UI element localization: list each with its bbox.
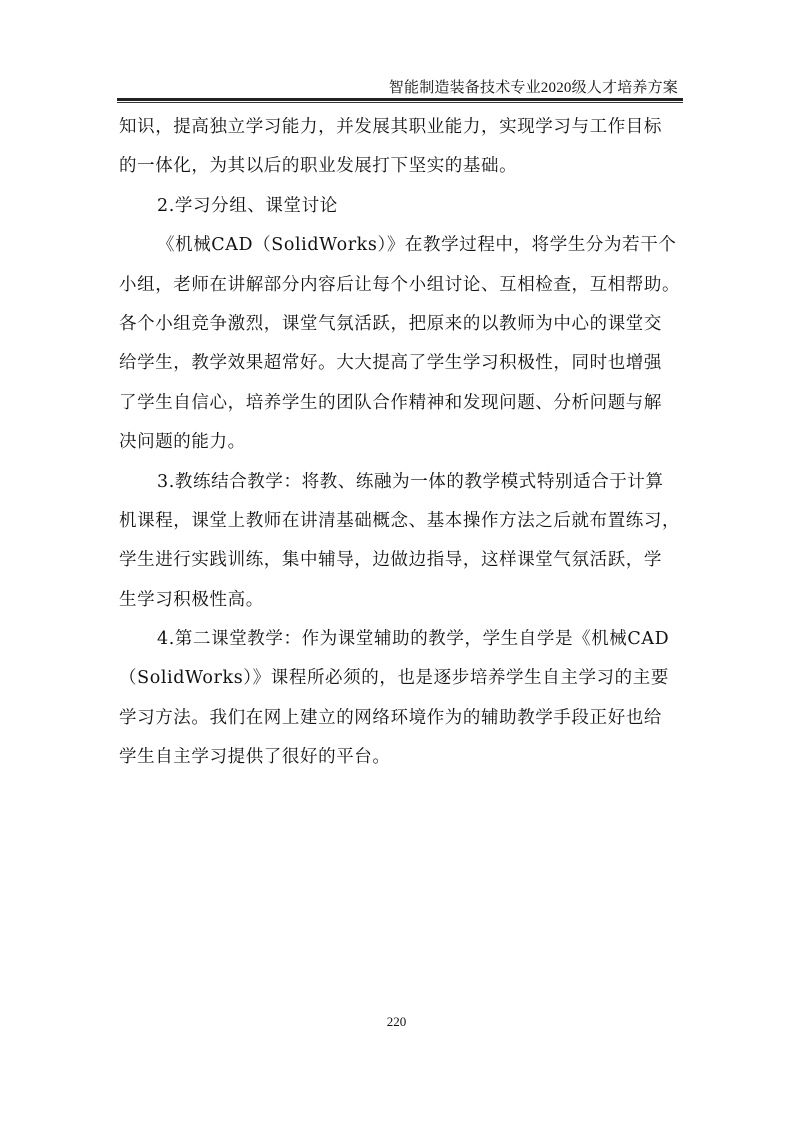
text-line: 4.第二课堂教学：作为课堂辅助的教学，学生自学是《机械CAD (119, 620, 679, 659)
text-line: 《机械CAD（SolidWorks）》在教学过程中，将学生分为若干个 (119, 226, 679, 265)
text-line: 的一体化，为其以后的职业发展打下坚实的基础。 (119, 147, 679, 186)
page-body: 知识，提高独立学习能力，并发展其职业能力，实现学习与工作目标 的一体化，为其以后… (119, 108, 679, 778)
text-line: 知识，提高独立学习能力，并发展其职业能力，实现学习与工作目标 (119, 108, 679, 147)
text-line: 学习方法。我们在网上建立的网络环境作为的辅助教学手段正好也给 (119, 699, 679, 738)
text-line: 3.教练结合教学：将教、练融为一体的教学模式特别适合于计算 (119, 463, 679, 502)
text-line: 小组，老师在讲解部分内容后让每个小组讨论、互相检查，互相帮助。 (119, 266, 679, 305)
text-line: 各个小组竞争激烈，课堂气氛活跃，把原来的以教师为中心的课堂交 (119, 305, 679, 344)
header-rule-thick (117, 98, 683, 101)
running-header-title: 智能制造装备技术专业2020级人才培养方案 (389, 76, 678, 97)
text-line: 了学生自信心，培养学生的团队合作精神和发现问题、分析问题与解 (119, 384, 679, 423)
section-heading: 2.学习分组、课堂讨论 (119, 187, 679, 226)
text-line: 机课程，课堂上教师在讲清基础概念、基本操作方法之后就布置练习， (119, 502, 679, 541)
text-line: 给学生，教学效果超常好。大大提高了学生学习积极性，同时也增强 (119, 344, 679, 383)
text-line: （SolidWorks）》课程所必须的，也是逐步培养学生自主学习的主要 (119, 659, 679, 698)
text-line: 学生进行实践训练，集中辅导，边做边指导，这样课堂气氛活跃，学 (119, 541, 679, 580)
header-rule-thin (117, 102, 683, 103)
text-line: 学生自主学习提供了很好的平台。 (119, 738, 679, 777)
page-number: 220 (0, 1014, 793, 1030)
text-line: 生学习积极性高。 (119, 581, 679, 620)
text-line: 决问题的能力。 (119, 423, 679, 462)
